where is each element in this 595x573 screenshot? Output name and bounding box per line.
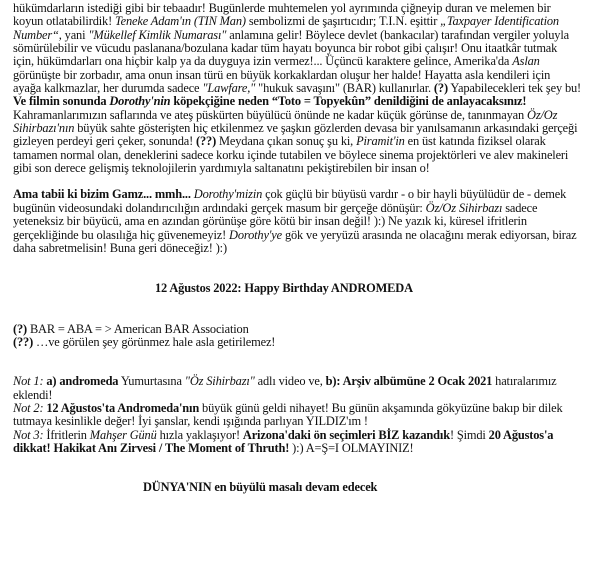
note-1-body: a) andromeda Yumurtasına "Öz Sihirbazı" … — [13, 374, 557, 401]
footnote-2-text: …ve görülen şey görünmez hale asla getir… — [33, 335, 275, 349]
text-run: Ama tabii ki bizim Gamz... mmh... — [13, 187, 191, 201]
spacer — [13, 349, 581, 375]
footnote-1: (?) BAR = ABA = > American BAR Associati… — [13, 323, 581, 336]
text-run: Mahşer Günü — [90, 428, 157, 442]
note-1: Not 1: a) andromeda Yumurtasına "Öz Sihi… — [13, 375, 581, 402]
text-run: ):) A=Ş=I OLMAYINIZ! — [289, 441, 413, 455]
text-run: b): Arşiv albümüne 2 Ocak 2021 — [326, 374, 493, 388]
text-run: a) andromeda — [46, 374, 118, 388]
document-page: hükümdarların istediği gibi bir tebaadır… — [13, 2, 581, 495]
text-run: adlı video ve, — [255, 374, 326, 388]
text-run: Ve filmin sonunda — [13, 94, 109, 108]
text-run: "Öz Sihirbazı" — [185, 374, 255, 388]
text-run: "Lawfare," — [202, 81, 255, 95]
text-run: (?) — [434, 81, 448, 95]
footnote-2: (??) …ve görülen şey görünmez hale asla … — [13, 336, 581, 349]
footnote-2-marker: (??) — [13, 335, 33, 349]
text-run: Yumurtasına — [118, 374, 184, 388]
text-run: ! Şimdi — [450, 428, 489, 442]
closing-line: DÜNYA'NIN en büyülü masalı devam edecek — [13, 481, 581, 494]
paragraph-wizard-curtain: Kahramanlarımızın saflarında ve ateş püs… — [13, 109, 581, 176]
text-run: Dorothy'ye — [229, 228, 282, 242]
text-run: sembolizmi de şaşırtıcıdır; T.I.N. eşitt… — [246, 14, 440, 28]
paragraph-dorothy-magic: Ama tabii ki bizim Gamz... mmh... Doroth… — [13, 188, 581, 255]
note-2-body: 12 Ağustos'ta Andromeda'nın büyük günü g… — [13, 401, 563, 428]
note-2-label: Not 2: — [13, 401, 43, 415]
footnote-1-marker: (?) — [13, 322, 27, 336]
note-2: Not 2: 12 Ağustos'ta Andromeda'nın büyük… — [13, 402, 581, 429]
footnote-1-text: BAR = ABA = > American BAR Association — [27, 322, 249, 336]
text-run: Dorothy'nin — [109, 94, 170, 108]
text-run: İfritlerin — [43, 428, 89, 442]
text-run: Kahramanlarımızın saflarında ve ateş püs… — [13, 108, 527, 122]
text-run: Dorothy'mizin — [194, 187, 262, 201]
text-run: 12 Ağustos'ta Andromeda'nın — [46, 401, 199, 415]
text-run: Arizona'daki ön seçimleri BİZ kazandık — [243, 428, 450, 442]
text-run: Aslan — [512, 54, 539, 68]
text-run: Yapabilecekleri tek şey bu! — [448, 81, 581, 95]
text-run: Öz/Oz Sihirbazı — [426, 201, 503, 215]
text-run: Piramit'in — [356, 134, 405, 148]
text-run: hızla yaklaşıyor! — [157, 428, 243, 442]
text-run: Meydana çıkan sonuç şu ki, — [216, 134, 356, 148]
text-run: Teneke Adam'ın (TIN Man) — [115, 14, 246, 28]
text-run: (??) — [196, 134, 216, 148]
headline-birthday: 12 Ağustos 2022: Happy Birthday ANDROMED… — [13, 282, 581, 295]
text-run: yani — [62, 28, 89, 42]
text-run: "Mükellef Kimlik Numarası" — [88, 28, 226, 42]
note-1-label: Not 1: — [13, 374, 43, 388]
text-run: köpekçiğine neden “Toto = Topyekûn” deni… — [170, 94, 526, 108]
note-3-label: Not 3: — [13, 428, 43, 442]
text-run: "hukuk savaşını" (BAR) kullanırlar. — [255, 81, 434, 95]
paragraph-tin-man-lion: hükümdarların istediği gibi bir tebaadır… — [13, 2, 581, 95]
paragraph-toto: Ve filmin sonunda Dorothy'nin köpekçiğin… — [13, 95, 581, 108]
note-3: Not 3: İfritlerin Mahşer Günü hızla yakl… — [13, 429, 581, 456]
note-3-body: İfritlerin Mahşer Günü hızla yaklaşıyor!… — [13, 428, 553, 455]
